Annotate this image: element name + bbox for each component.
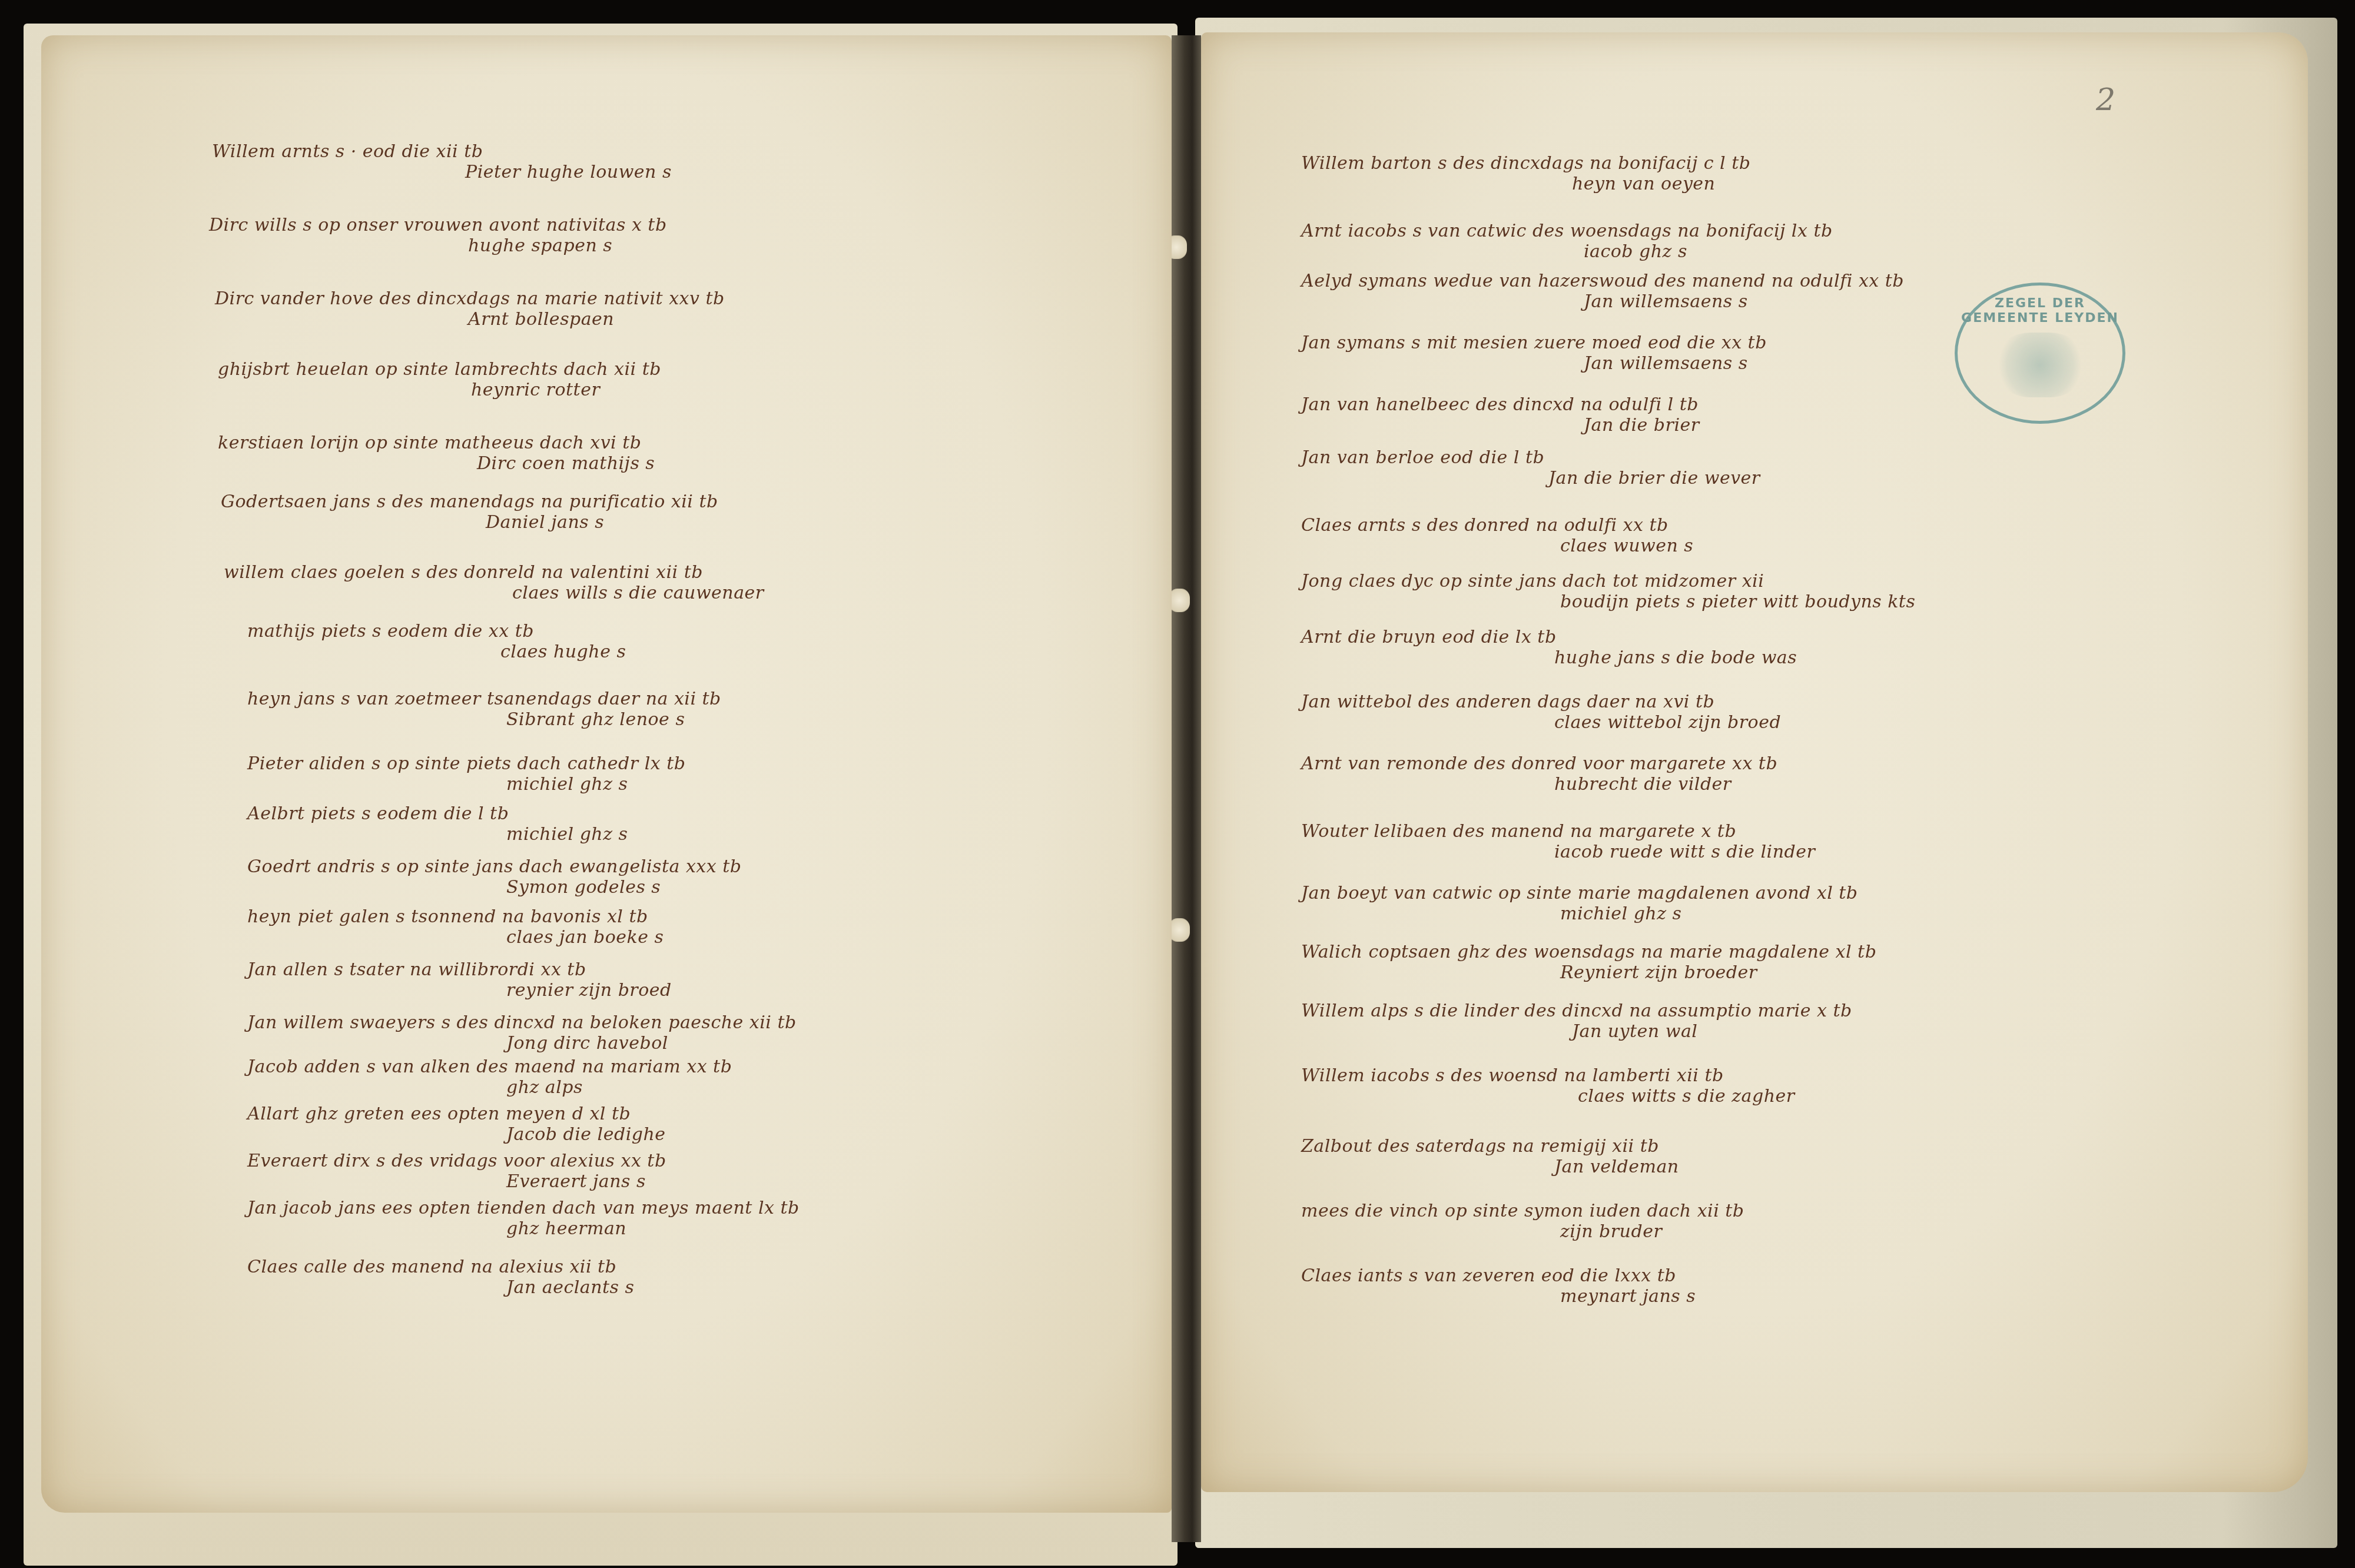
ledger-entry: willem claes goelen s des donreld na val… (224, 562, 764, 603)
ledger-entry: heyn jans s van zoetmeer tsanendags daer… (247, 689, 721, 730)
ledger-entry: Jan van hanelbeec des dincxd na odulfi l… (1301, 394, 1700, 436)
ledger-entry: Walich coptsaen ghz des woensdags na mar… (1301, 942, 1876, 983)
ledger-entry: ghijsbrt heuelan op sinte lambrechts dac… (218, 359, 661, 400)
ledger-entry: Arnt die bruyn eod die lx tb hughe jans … (1301, 627, 1797, 668)
ledger-entry: Jong claes dyc op sinte jans dach tot mi… (1301, 571, 1915, 612)
ledger-entry: Jan allen s tsater na willibrordi xx tb … (247, 959, 672, 1001)
binding-thread (1169, 918, 1190, 942)
folio-number: 2 (2096, 82, 2115, 118)
binding-gutter (1172, 35, 1201, 1542)
stamp-text: ZEGEL DER GEMEENTE LEYDEN (1958, 296, 2122, 325)
ledger-entry: Jan van berloe eod die l tb Jan die brie… (1301, 447, 1760, 489)
ledger-entry: Jan boeyt van catwic op sinte marie magd… (1301, 883, 1858, 924)
binding-thread (1169, 589, 1190, 612)
ledger-entry: Pieter aliden s op sinte piets dach cath… (247, 753, 686, 795)
ledger-entry: Goedrt andris s op sinte jans dach ewang… (247, 856, 742, 898)
coat-of-arms-icon (1996, 333, 2084, 397)
ledger-entry: Jacob adden s van alken des maend na mar… (247, 1057, 732, 1098)
ledger-entry: Dirc vander hove des dincxdags na marie … (215, 288, 725, 330)
ledger-entry: Jan symans s mit mesien zuere moed eod d… (1301, 333, 1767, 374)
ledger-entry: Zalbout des saterdags na remigij xii tb … (1301, 1136, 1679, 1177)
ledger-entry: Allart ghz greten ees opten meyen d xl t… (247, 1104, 666, 1145)
ledger-entry: Claes calle des manend na alexius xii tb… (247, 1257, 634, 1298)
ledger-entry: Wouter lelibaen des manend na margarete … (1301, 821, 1815, 862)
ledger-entry: Jan jacob jans ees opten tienden dach va… (247, 1198, 800, 1239)
ledger-entry: Dirc wills s op onser vrouwen avont nati… (209, 215, 667, 256)
ledger-entry: Aelbrt piets s eodem die l tb michiel gh… (247, 803, 628, 845)
ledger-entry: heyn piet galen s tsonnend na bavonis xl… (247, 906, 664, 948)
ledger-entry: kerstiaen lorijn op sinte matheeus dach … (218, 433, 655, 474)
ledger-entry: Everaert dirx s des vridags voor alexius… (247, 1151, 666, 1192)
ledger-entry: Willem arnts s · eod die xii tb Pieter h… (212, 141, 672, 182)
ledger-entry: Arnt iacobs s van catwic des woensdags n… (1301, 221, 1833, 262)
ledger-entry: Willem alps s die linder des dincxd na a… (1301, 1001, 1852, 1042)
ledger-entry: Willem barton s des dincxdags na bonifac… (1301, 153, 1751, 194)
ledger-entry: Claes arnts s des donred na odulfi xx tb… (1301, 515, 1693, 556)
ledger-entry: Arnt van remonde des donred voor margare… (1301, 753, 1777, 795)
ledger-entry: Jan willem swaeyers s des dincxd na belo… (247, 1012, 797, 1054)
ledger-entry: mathijs piets s eodem die xx tb claes hu… (247, 621, 626, 662)
archive-stamp: ZEGEL DER GEMEENTE LEYDEN (1955, 283, 2125, 424)
ledger-entry: mees die vinch op sinte symon iuden dach… (1301, 1201, 1744, 1242)
ledger-entry: Claes iants s van zeveren eod die lxxx t… (1301, 1265, 1696, 1307)
ledger-entry: Jan wittebol des anderen dags daer na xv… (1301, 692, 1781, 733)
ledger-entry: Godertsaen jans s des manendags na purif… (221, 491, 718, 533)
ledger-entry: Willem iacobs s des woensd na lamberti x… (1301, 1065, 1795, 1107)
ledger-entry: Aelyd symans wedue van hazerswoud des ma… (1301, 271, 1904, 312)
